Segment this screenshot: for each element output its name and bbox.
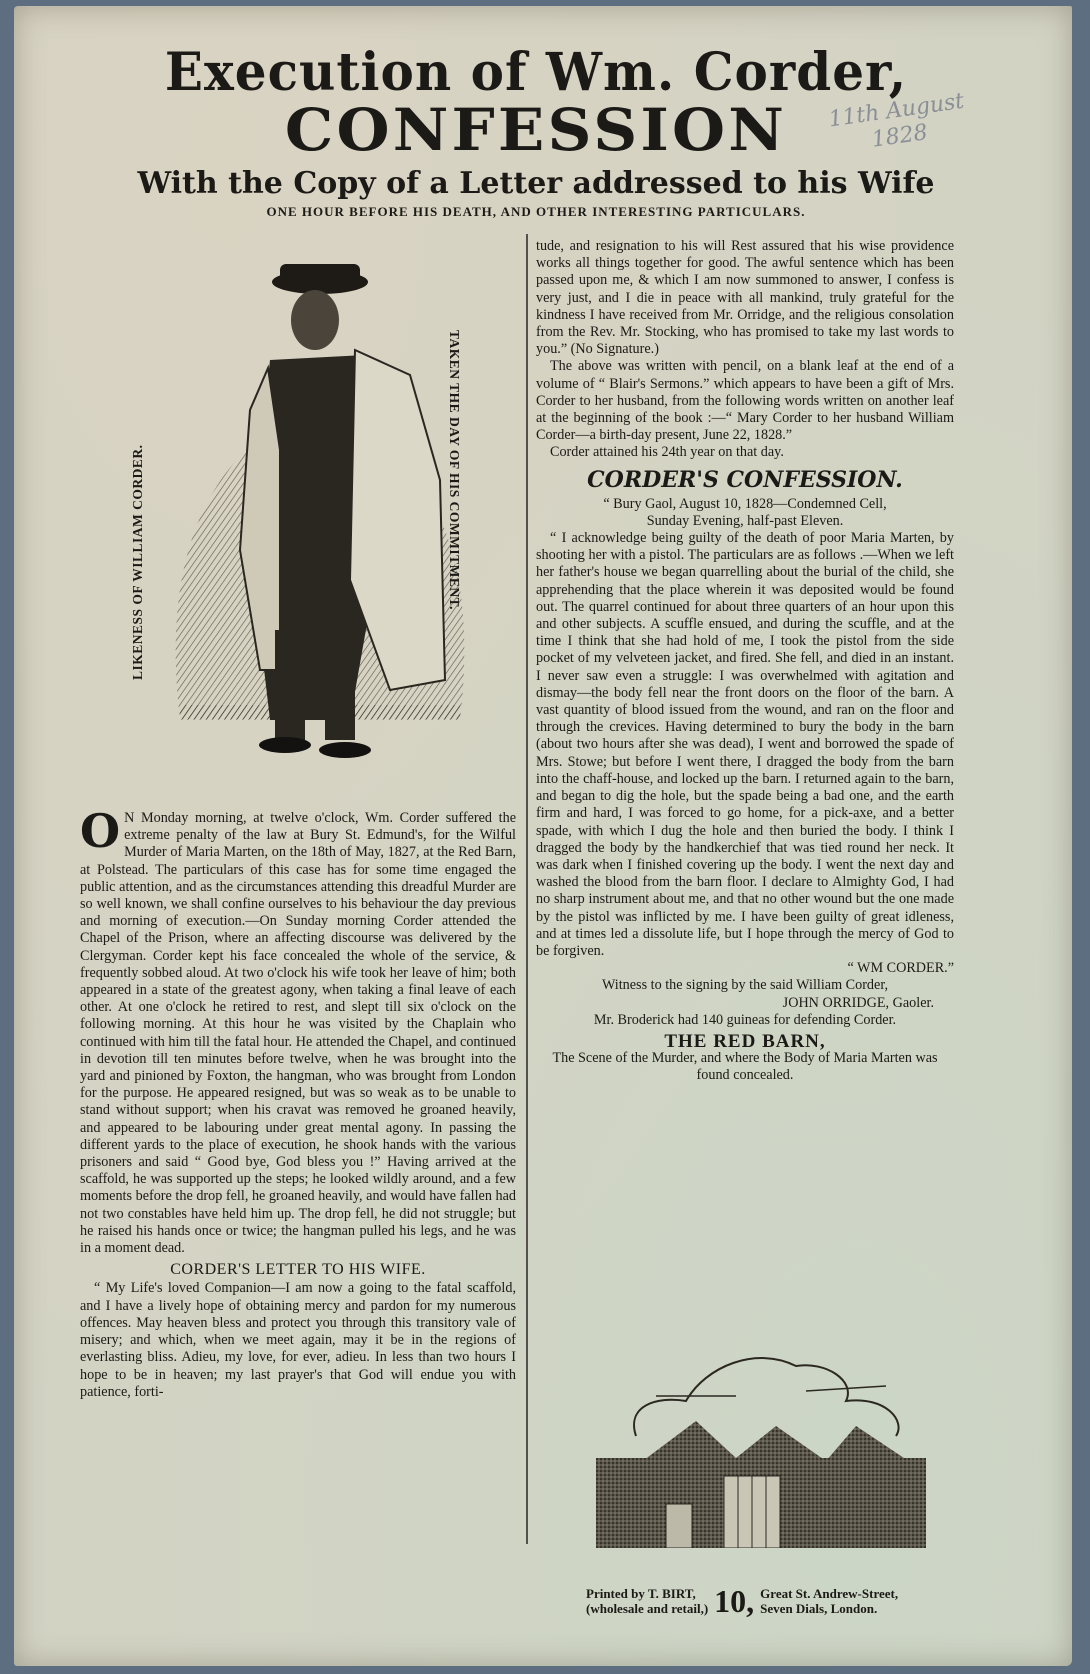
execution-account-text: N Monday morning, at twelve o'clock, Wm.… [80,810,516,1256]
printer-street: Great St. Andrew-Street, [760,1586,898,1601]
letter-continued: tude, and resignation to his will Rest a… [536,238,954,358]
confession-text: “ I acknowledge being guilty of the deat… [536,530,954,960]
title-execution: Execution of Wm. Corder, [86,43,986,102]
broderick-note: Mr. Broderick had 140 guineas for defend… [536,1012,954,1029]
witness-name: JOHN ORRIDGE, Gaoler. [536,995,954,1012]
portrait-caption-left: LIKENESS OF WILLIAM CORDER. [130,444,146,680]
confession-heading: CORDER'S CONFESSION. [536,466,954,494]
subtitle-letter: With the Copy of a Letter addressed to h… [86,166,986,202]
printer-city: Seven Dials, London. [760,1601,898,1616]
execution-account: ON Monday morning, at twelve o'clock, Wm… [80,810,516,1257]
column-divider [526,234,528,1544]
imprint-number: 10, [714,1586,754,1616]
right-column: tude, and resignation to his will Rest a… [536,238,954,1085]
red-barn-woodcut-image [596,1326,926,1548]
subtitle-particulars: ONE HOUR BEFORE HIS DEATH, AND OTHER INT… [86,204,986,220]
imprint-right: Great St. Andrew-Street, Seven Dials, Lo… [760,1586,898,1616]
printer-name: Printed by T. BIRT, [586,1586,708,1601]
imprint-left: Printed by T. BIRT, (wholesale and retai… [586,1586,708,1616]
letter-heading: CORDER'S LETTER TO HIS WIFE. [80,1261,516,1278]
confession-dateline-2: Sunday Evening, half-past Eleven. [536,513,954,530]
printer-trade: (wholesale and retail,) [586,1601,708,1616]
red-barn-heading: THE RED BARN, [536,1033,954,1050]
printer-imprint: Printed by T. BIRT, (wholesale and retai… [586,1586,956,1616]
letter-provenance-note: The above was written with pencil, on a … [536,358,954,444]
portrait-woodcut-image [150,250,490,790]
confession-signature: “ WM CORDER.” [536,960,954,977]
confession-dateline-1: “ Bury Gaol, August 10, 1828—Condemned C… [536,496,954,513]
letter-text: “ My Life's loved Companion—I am now a g… [80,1280,516,1400]
witness-line: Witness to the signing by the said Willi… [536,977,954,994]
portrait-caption-right: TAKEN THE DAY OF HIS COMMITMENT. [446,330,462,610]
red-barn-caption: The Scene of the Murder, and where the B… [536,1050,954,1084]
drop-cap: O [80,812,120,850]
age-note: Corder attained his 24th year on that da… [536,444,954,461]
left-column: ON Monday morning, at twelve o'clock, Wm… [80,810,516,1401]
